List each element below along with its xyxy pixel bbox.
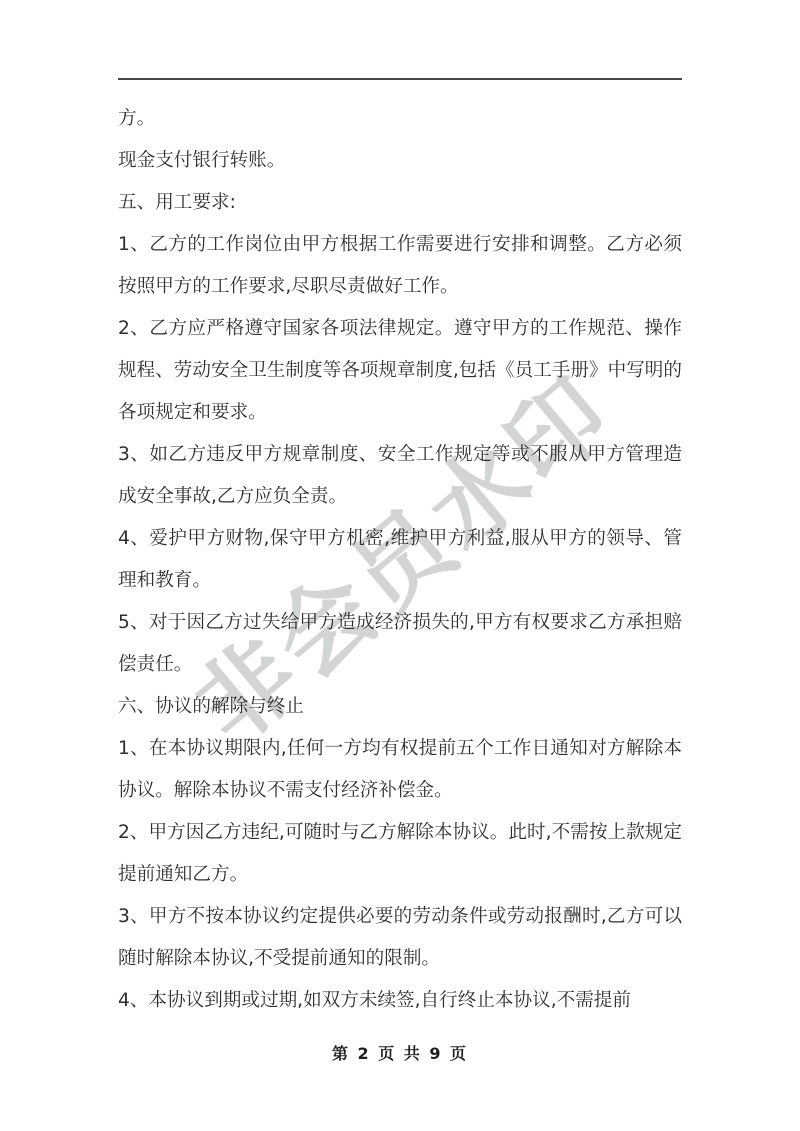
document-body: 方。 现金支付银行转账。 五、用工要求: 1、乙方的工作岗位由甲方根据工作需要进… — [118, 98, 682, 1022]
paragraph: 5、对于因乙方过失给甲方造成经济损失的,甲方有权要求乙方承担赔偿责任。 — [118, 602, 682, 686]
paragraph: 2、甲方因乙方违纪,可随时与乙方解除本协议。此时,不需按上款规定提前通知乙方。 — [118, 812, 682, 896]
section-heading: 六、协议的解除与终止 — [118, 686, 682, 728]
paragraph: 3、如乙方违反甲方规章制度、安全工作规定等或不服从甲方管理造成安全事故,乙方应负… — [118, 434, 682, 518]
paragraph: 1、乙方的工作岗位由甲方根据工作需要进行安排和调整。乙方必须按照甲方的工作要求,… — [118, 224, 682, 308]
paragraph: 2、乙方应严格遵守国家各项法律规定。遵守甲方的工作规范、操作规程、劳动安全卫生制… — [118, 308, 682, 434]
paragraph: 3、甲方不按本协议约定提供必要的劳动条件或劳动报酬时,乙方可以随时解除本协议,不… — [118, 896, 682, 980]
section-heading: 五、用工要求: — [118, 182, 682, 224]
header-divider — [118, 78, 682, 80]
paragraph: 4、爱护甲方财物,保守甲方机密,维护甲方利益,服从甲方的领导、管理和教育。 — [118, 518, 682, 602]
paragraph: 1、在本协议期限内,任何一方均有权提前五个工作日通知对方解除本协议。解除本协议不… — [118, 728, 682, 812]
paragraph: 4、本协议到期或过期,如双方未续签,自行终止本协议,不需提前 — [118, 980, 682, 1022]
paragraph: 现金支付银行转账。 — [118, 140, 682, 182]
page-number: 第 2 页 共 9 页 — [0, 1041, 800, 1064]
document-page: 非会员水印 方。 现金支付银行转账。 五、用工要求: 1、乙方的工作岗位由甲方根… — [0, 0, 800, 1131]
paragraph: 方。 — [118, 98, 682, 140]
